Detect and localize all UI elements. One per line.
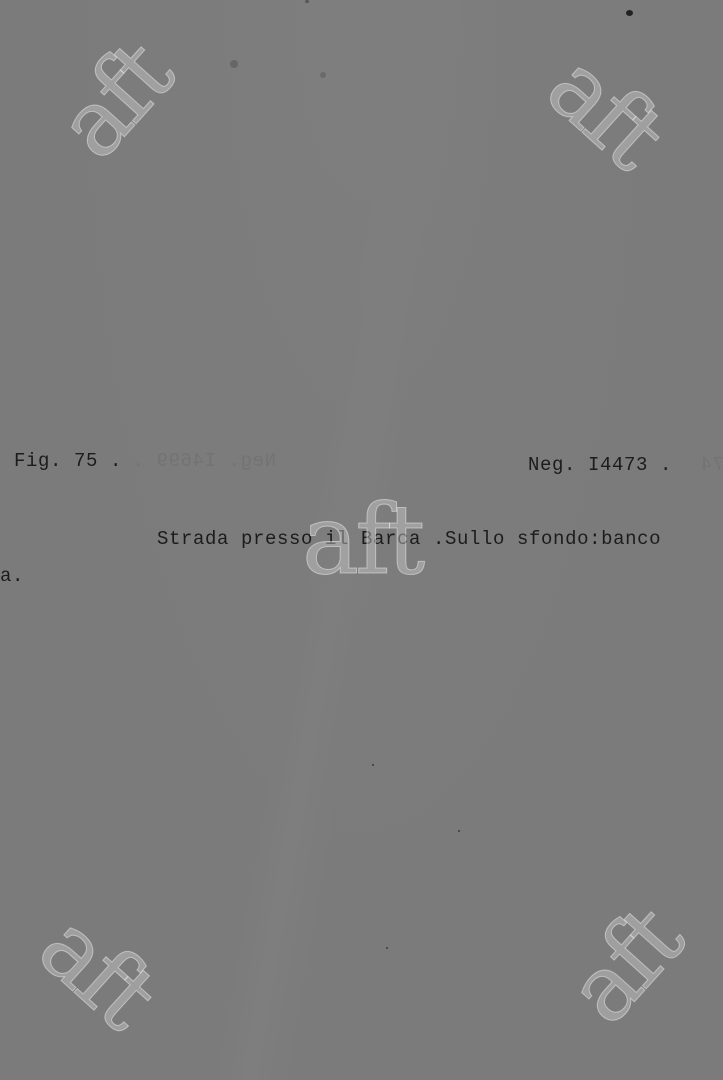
dust-speck xyxy=(626,10,633,16)
dust-speck xyxy=(320,72,326,78)
figure-label: Fig. 75 . xyxy=(14,452,122,471)
dust-speck xyxy=(230,60,238,68)
dust-speck xyxy=(372,764,374,766)
bleed-through-text-left: Neg. I4699 . xyxy=(132,452,276,471)
caption-line-2: a. xyxy=(0,567,24,586)
watermark-bottom-left: aft xyxy=(24,899,170,1044)
dust-speck xyxy=(458,830,460,832)
watermark-bottom-right: aft xyxy=(553,893,698,1039)
watermark-center: aft xyxy=(302,492,421,588)
bleed-through-text-right: 74 xyxy=(700,456,723,475)
negative-number: Neg. I4473 . xyxy=(528,456,672,475)
dust-speck xyxy=(386,947,388,949)
dust-speck xyxy=(305,0,309,3)
watermark-top-left: aft xyxy=(43,28,188,174)
watermark-top-right: aft xyxy=(532,39,678,184)
